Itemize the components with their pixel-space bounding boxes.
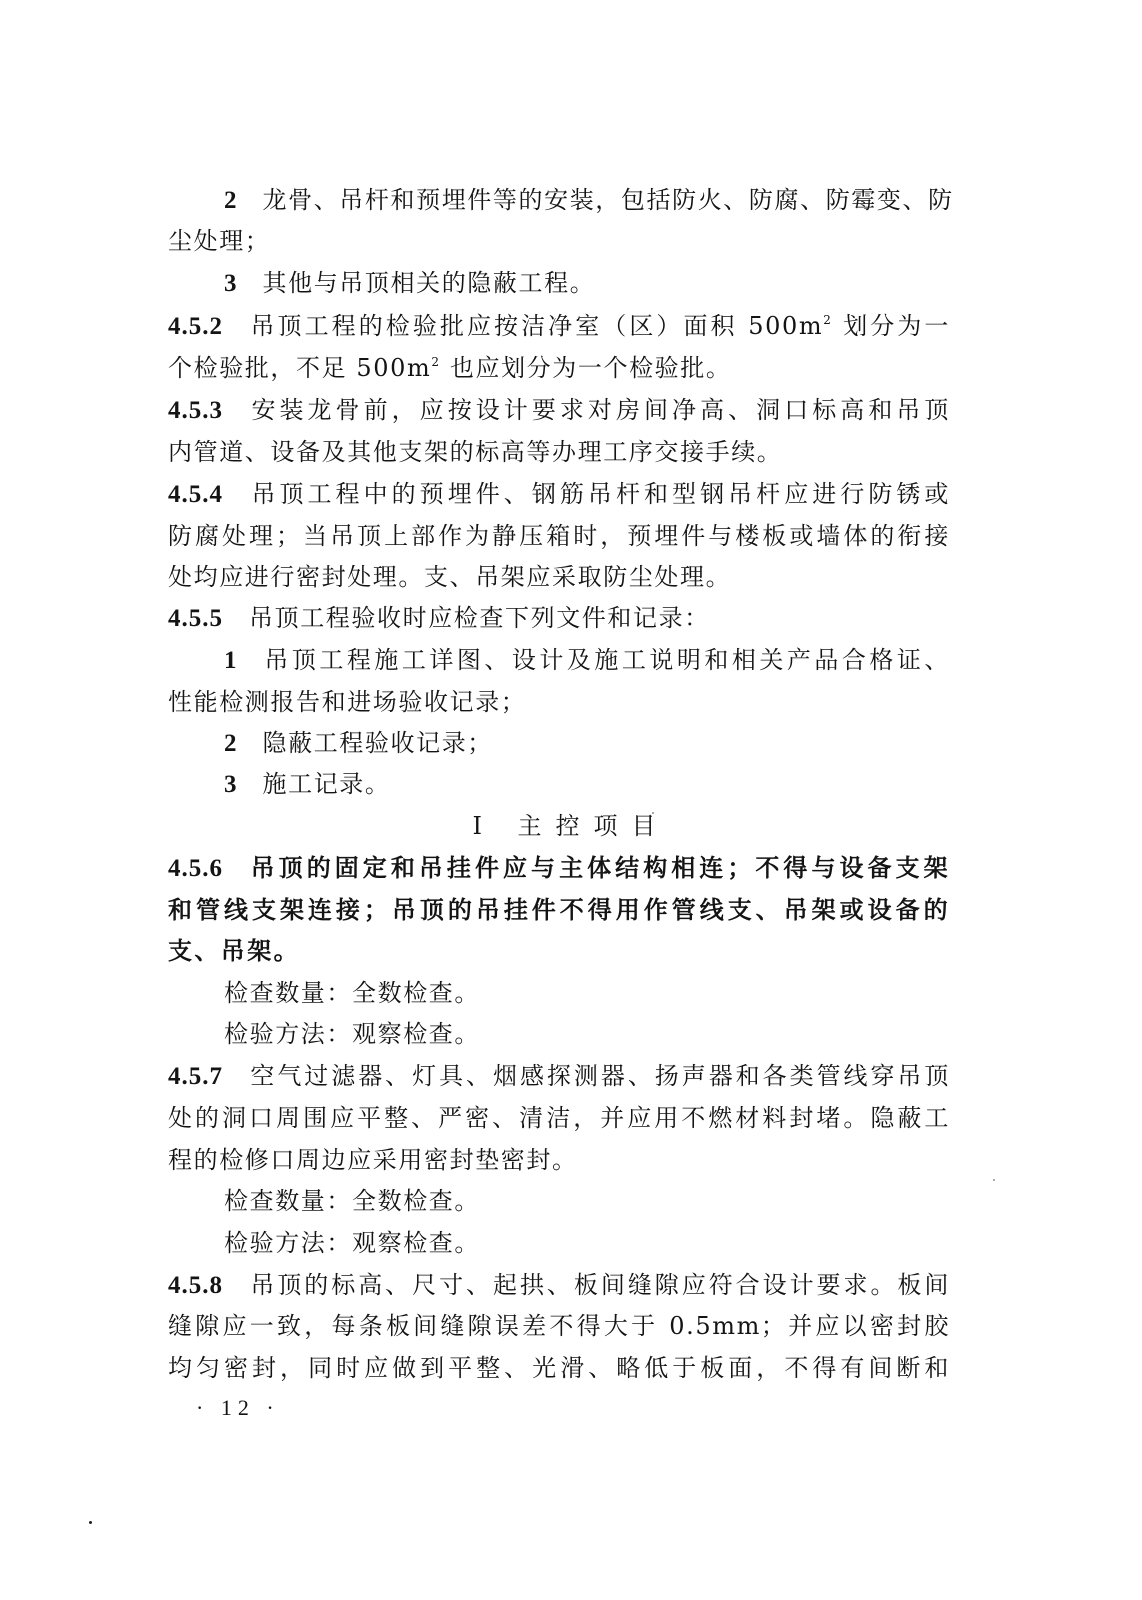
clause-text: 检验方法：观察检查。 [224,1229,480,1257]
clause-text: 空气过滤器、灯具、烟感探测器、扬声器和各类管线穿吊顶 [249,1062,950,1090]
list-item-3: 3其他与吊顶相关的隐蔽工程。 [224,263,950,303]
text-line: 均匀密封，同时应做到平整、光滑、略低于板面，不得有间断和 [168,1348,950,1388]
item-number: 3 [224,771,237,798]
clause-text: 防腐处理；当吊顶上部作为静压箱时，预埋件与楼板或墙体的衔接 [168,522,950,550]
text-line: 性能检测报告和进场验收记录； [168,682,950,722]
text-line: 防腐处理；当吊顶上部作为静压箱时，预埋件与楼板或墙体的衔接 [168,516,950,556]
superscript: 2 [823,313,832,327]
item-number: 1 [224,647,237,674]
scan-speck [993,1179,995,1181]
superscript: 2 [431,355,440,369]
clause-text: 个检验批，不足 500m [168,354,431,382]
clause-text: 处均应进行密封处理。支、吊架应采取防尘处理。 [168,563,731,591]
item-number: 2 [224,187,237,214]
clause-text: 内管道、设备及其他支架的标高等办理工序交接手续。 [168,438,782,466]
scan-speck [89,1521,92,1524]
clause-text: 检验方法：观察检查。 [224,1020,480,1048]
text-line: 支、吊架。 [168,931,950,971]
list-item-1: 1吊顶工程施工详图、设计及施工说明和相关产品合格证、 [224,640,950,680]
item-text: 施工记录。 [263,770,391,798]
clause-number: 4.5.7 [168,1063,223,1090]
clause-number: 4.5.6 [168,855,223,882]
clause-number: 4.5.3 [168,397,223,424]
item-text: 隐蔽工程验收记录； [263,729,493,757]
clause-text: 也应划分为一个检验批。 [441,354,732,382]
clause-4-5-3: 4.5.3安装龙骨前，应按设计要求对房间净高、洞口标高和吊顶 [168,390,950,430]
inspection-quantity: 检查数量：全数检查。 [224,1181,950,1221]
clause-text: 和管线支架连接；吊顶的吊挂件不得用作管线支、吊架或设备的 [168,896,950,924]
text-line: 处均应进行密封处理。支、吊架应采取防尘处理。 [168,557,950,597]
clause-4-5-6: 4.5.6吊顶的固定和吊挂件应与主体结构相连；不得与设备支架 [168,848,950,888]
item-number: 2 [224,730,237,757]
clause-4-5-4: 4.5.4吊顶工程中的预埋件、钢筋吊杆和型钢吊杆应进行防锈或 [168,474,950,514]
clause-text: 吊顶的固定和吊挂件应与主体结构相连；不得与设备支架 [249,854,950,882]
clause-number: 4.5.4 [168,481,223,508]
clause-text: 吊顶的标高、尺寸、起拱、板间缝隙应符合设计要求。板间 [249,1271,950,1299]
inspection-method: 检验方法：观察检查。 [224,1223,950,1263]
item-text: 尘处理； [168,227,270,255]
section-heading: Ⅰ 主控项目 [0,806,1142,846]
item-text: 龙骨、吊杆和预埋件等的安装，包括防火、防腐、防霉变、防 [263,186,954,214]
clause-number: 4.5.2 [168,313,223,340]
inspection-method: 检验方法：观察检查。 [224,1014,950,1054]
text-line: 尘处理； [168,221,950,261]
clause-text: 划分为一 [833,312,950,340]
clause-4-5-5: 4.5.5吊顶工程验收时应检查下列文件和记录： [168,598,950,638]
list-item-2: 2隐蔽工程验收记录； [224,723,950,763]
text-line: 个检验批，不足 500m2 也应划分为一个检验批。 [168,348,950,388]
clause-number: 4.5.5 [168,605,223,632]
clause-text: 吊顶工程验收时应检查下列文件和记录： [249,604,710,632]
scan-speck [652,812,654,814]
clause-text: 支、吊架。 [168,937,300,965]
clause-4-5-2: 4.5.2吊顶工程的检验批应按洁净室（区）面积 500m2 划分为一 [168,306,950,346]
clause-4-5-7: 4.5.7空气过滤器、灯具、烟感探测器、扬声器和各类管线穿吊顶 [168,1056,950,1096]
text-line: 处的洞口周围应平整、严密、清洁，并应用不燃材料封堵。隐蔽工 [168,1098,950,1138]
item-text: 吊顶工程施工详图、设计及施工说明和相关产品合格证、 [263,646,951,674]
clause-text: 处的洞口周围应平整、严密、清洁，并应用不燃材料封堵。隐蔽工 [168,1104,950,1132]
clause-text: 程的检修口周边应采用密封垫密封。 [168,1146,578,1174]
clause-text: 缝隙应一致，每条板间缝隙误差不得大于 0.5mm；并应以密封胶 [168,1312,950,1340]
item-text: 性能检测报告和进场验收记录； [168,688,526,716]
page-number: · 12 · [196,1393,280,1423]
clause-text: 吊顶工程中的预埋件、钢筋吊杆和型钢吊杆应进行防锈或 [249,480,950,508]
document-page: 2龙骨、吊杆和预埋件等的安装，包括防火、防腐、防霉变、防 尘处理； 3其他与吊顶… [0,0,1142,1600]
text-line: 内管道、设备及其他支架的标高等办理工序交接手续。 [168,432,950,472]
clause-text: 安装龙骨前，应按设计要求对房间净高、洞口标高和吊顶 [249,396,950,424]
item-text: 其他与吊顶相关的隐蔽工程。 [263,269,596,297]
clause-text: 吊顶工程的检验批应按洁净室（区）面积 500m [249,312,823,340]
clause-number: 4.5.8 [168,1272,223,1299]
item-number: 3 [224,270,237,297]
text-line: 和管线支架连接；吊顶的吊挂件不得用作管线支、吊架或设备的 [168,890,950,930]
clause-text: 检查数量：全数检查。 [224,979,480,1007]
list-item-2: 2龙骨、吊杆和预埋件等的安装，包括防火、防腐、防霉变、防 [224,180,950,220]
text-line: 程的检修口周边应采用密封垫密封。 [168,1140,950,1180]
clause-text: 均匀密封，同时应做到平整、光滑、略低于板面，不得有间断和 [168,1354,950,1382]
text-line: 缝隙应一致，每条板间缝隙误差不得大于 0.5mm；并应以密封胶 [168,1306,950,1346]
inspection-quantity: 检查数量：全数检查。 [224,973,950,1013]
clause-4-5-8: 4.5.8吊顶的标高、尺寸、起拱、板间缝隙应符合设计要求。板间 [168,1265,950,1305]
list-item-3: 3施工记录。 [224,764,950,804]
clause-text: 检查数量：全数检查。 [224,1187,480,1215]
